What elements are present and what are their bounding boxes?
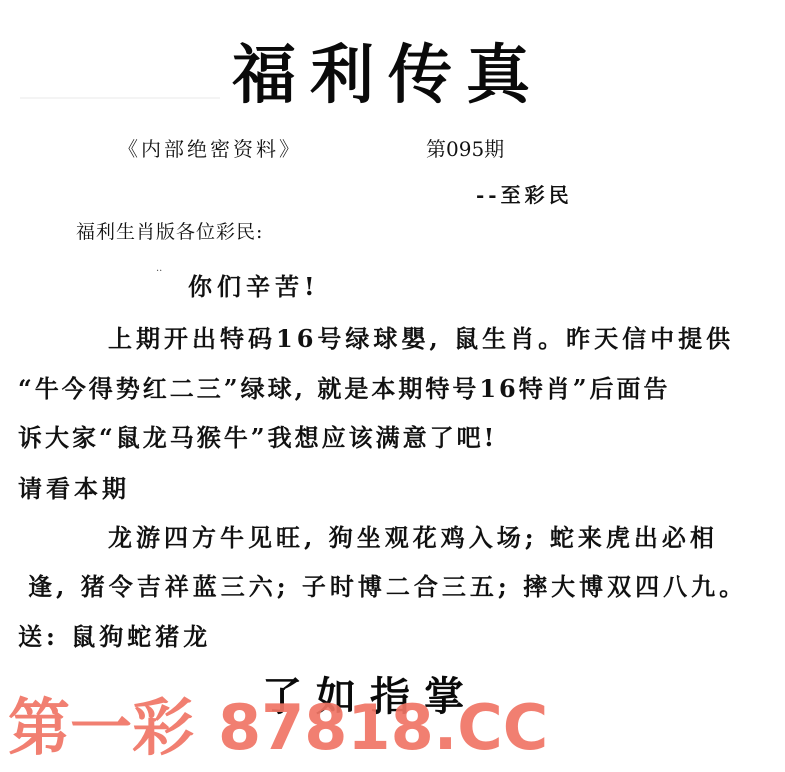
watermark-brand: 第一彩 — [8, 691, 194, 764]
gift-line: 送: 鼠狗蛇猪龙 — [18, 622, 211, 652]
letter-line: 诉大家“鼠龙马猴牛”我想应该满意了吧! — [18, 423, 497, 453]
scan-artifact-line — [20, 97, 220, 99]
letter-line: “牛今得势红二三”绿球, 就是本期特号16特肖”后面告 — [18, 374, 671, 404]
decorative-dots: ·· — [156, 266, 162, 278]
poem-line: 逢, 猪令吉祥蓝三六; 子时博二合三五; 摔大博双四八九。 — [28, 572, 747, 602]
issue-number: 第095期 — [426, 136, 504, 162]
page-title: 福利传真 — [232, 36, 544, 116]
signature: --至彩民 — [476, 182, 573, 208]
letter-line: 上期开出特码16号绿球嬰, 鼠生肖。昨天信中提供 — [108, 324, 734, 354]
confidential-subtitle: 《内部绝密资料》 — [118, 136, 302, 162]
greeting: 你们辛苦! — [188, 272, 320, 302]
salutation: 福利生肖版各位彩民: — [76, 219, 263, 245]
watermark: 第一彩87818.CC — [8, 690, 548, 766]
poem-line: 龙游四方牛见旺, 狗坐观花鸡入场; 蛇来虎出必相 — [108, 523, 718, 553]
letter-line: 请看本期 — [18, 474, 130, 504]
watermark-domain: 87818.CC — [218, 691, 548, 764]
